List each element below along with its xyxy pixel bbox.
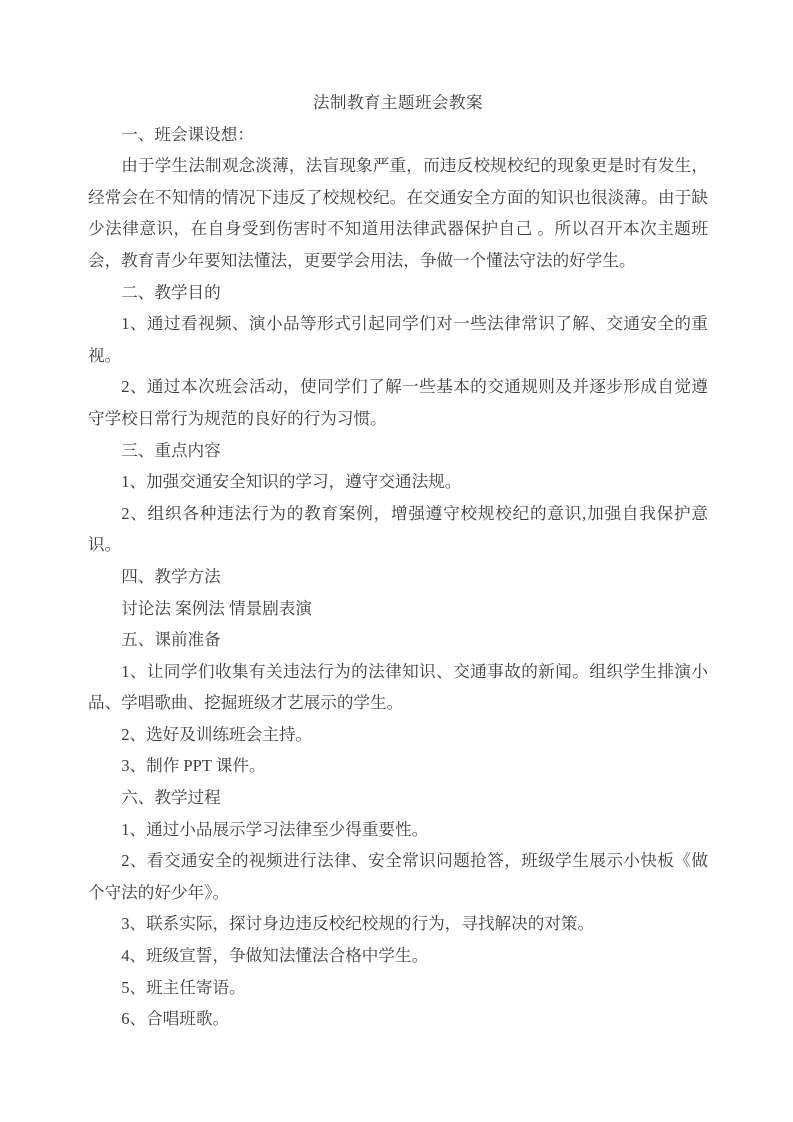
paragraph: 4、班级宣誓，争做知法懂法合格中学生。 — [88, 940, 708, 972]
paragraph: 2、通过本次班会活动，使同学们了解一些基本的交通规则及并逐步形成自觉遵守学校日常… — [88, 371, 708, 434]
paragraph: 1、加强交通安全知识的学习，遵守交通法规。 — [88, 466, 708, 498]
paragraph: 5、班主任寄语。 — [88, 972, 708, 1004]
document-body: 一、班会课设想：由于学生法制观念淡薄，法盲现象严重，而违反校规校纪的现象更是时有… — [88, 119, 708, 1035]
paragraph: 3、联系实际，探讨身边违反校纪校规的行为，寻找解决的对策。 — [88, 908, 708, 940]
paragraph: 三、重点内容 — [88, 435, 708, 467]
paragraph: 二、教学目的 — [88, 277, 708, 309]
paragraph: 六、教学过程 — [88, 782, 708, 814]
paragraph: 1、通过看视频、演小品等形式引起同学们对一些法律常识了解、交通安全的重视。 — [88, 308, 708, 371]
paragraph: 2、看交通安全的视频进行法律、安全常识问题抢答，班级学生展示小快板《做个守法的好… — [88, 845, 708, 908]
document-page: 法制教育主题班会教案 一、班会课设想：由于学生法制观念淡薄，法盲现象严重，而违反… — [0, 0, 793, 1122]
paragraph: 1、通过小品展示学习法律至少得重要性。 — [88, 814, 708, 846]
paragraph: 一、班会课设想： — [88, 119, 708, 151]
paragraph: 2、组织各种违法行为的教育案例，增强遵守校规校纪的意识,加强自我保护意识。 — [88, 498, 708, 561]
paragraph: 1、让同学们收集有关违法行为的法律知识、交通事故的新闻。组织学生排演小品、学唱歌… — [88, 656, 708, 719]
paragraph: 五、课前准备 — [88, 624, 708, 656]
paragraph: 四、教学方法 — [88, 561, 708, 593]
paragraph: 6、合唱班歌。 — [88, 1003, 708, 1035]
paragraph: 讨论法 案例法 情景剧表演 — [88, 593, 708, 625]
paragraph: 由于学生法制观念淡薄，法盲现象严重，而违反校规校纪的现象更是时有发生，经常会在不… — [88, 150, 708, 276]
paragraph: 2、选好及训练班会主持。 — [88, 719, 708, 751]
paragraph: 3、制作 PPT 课件。 — [88, 750, 708, 782]
document-title: 法制教育主题班会教案 — [88, 87, 708, 119]
